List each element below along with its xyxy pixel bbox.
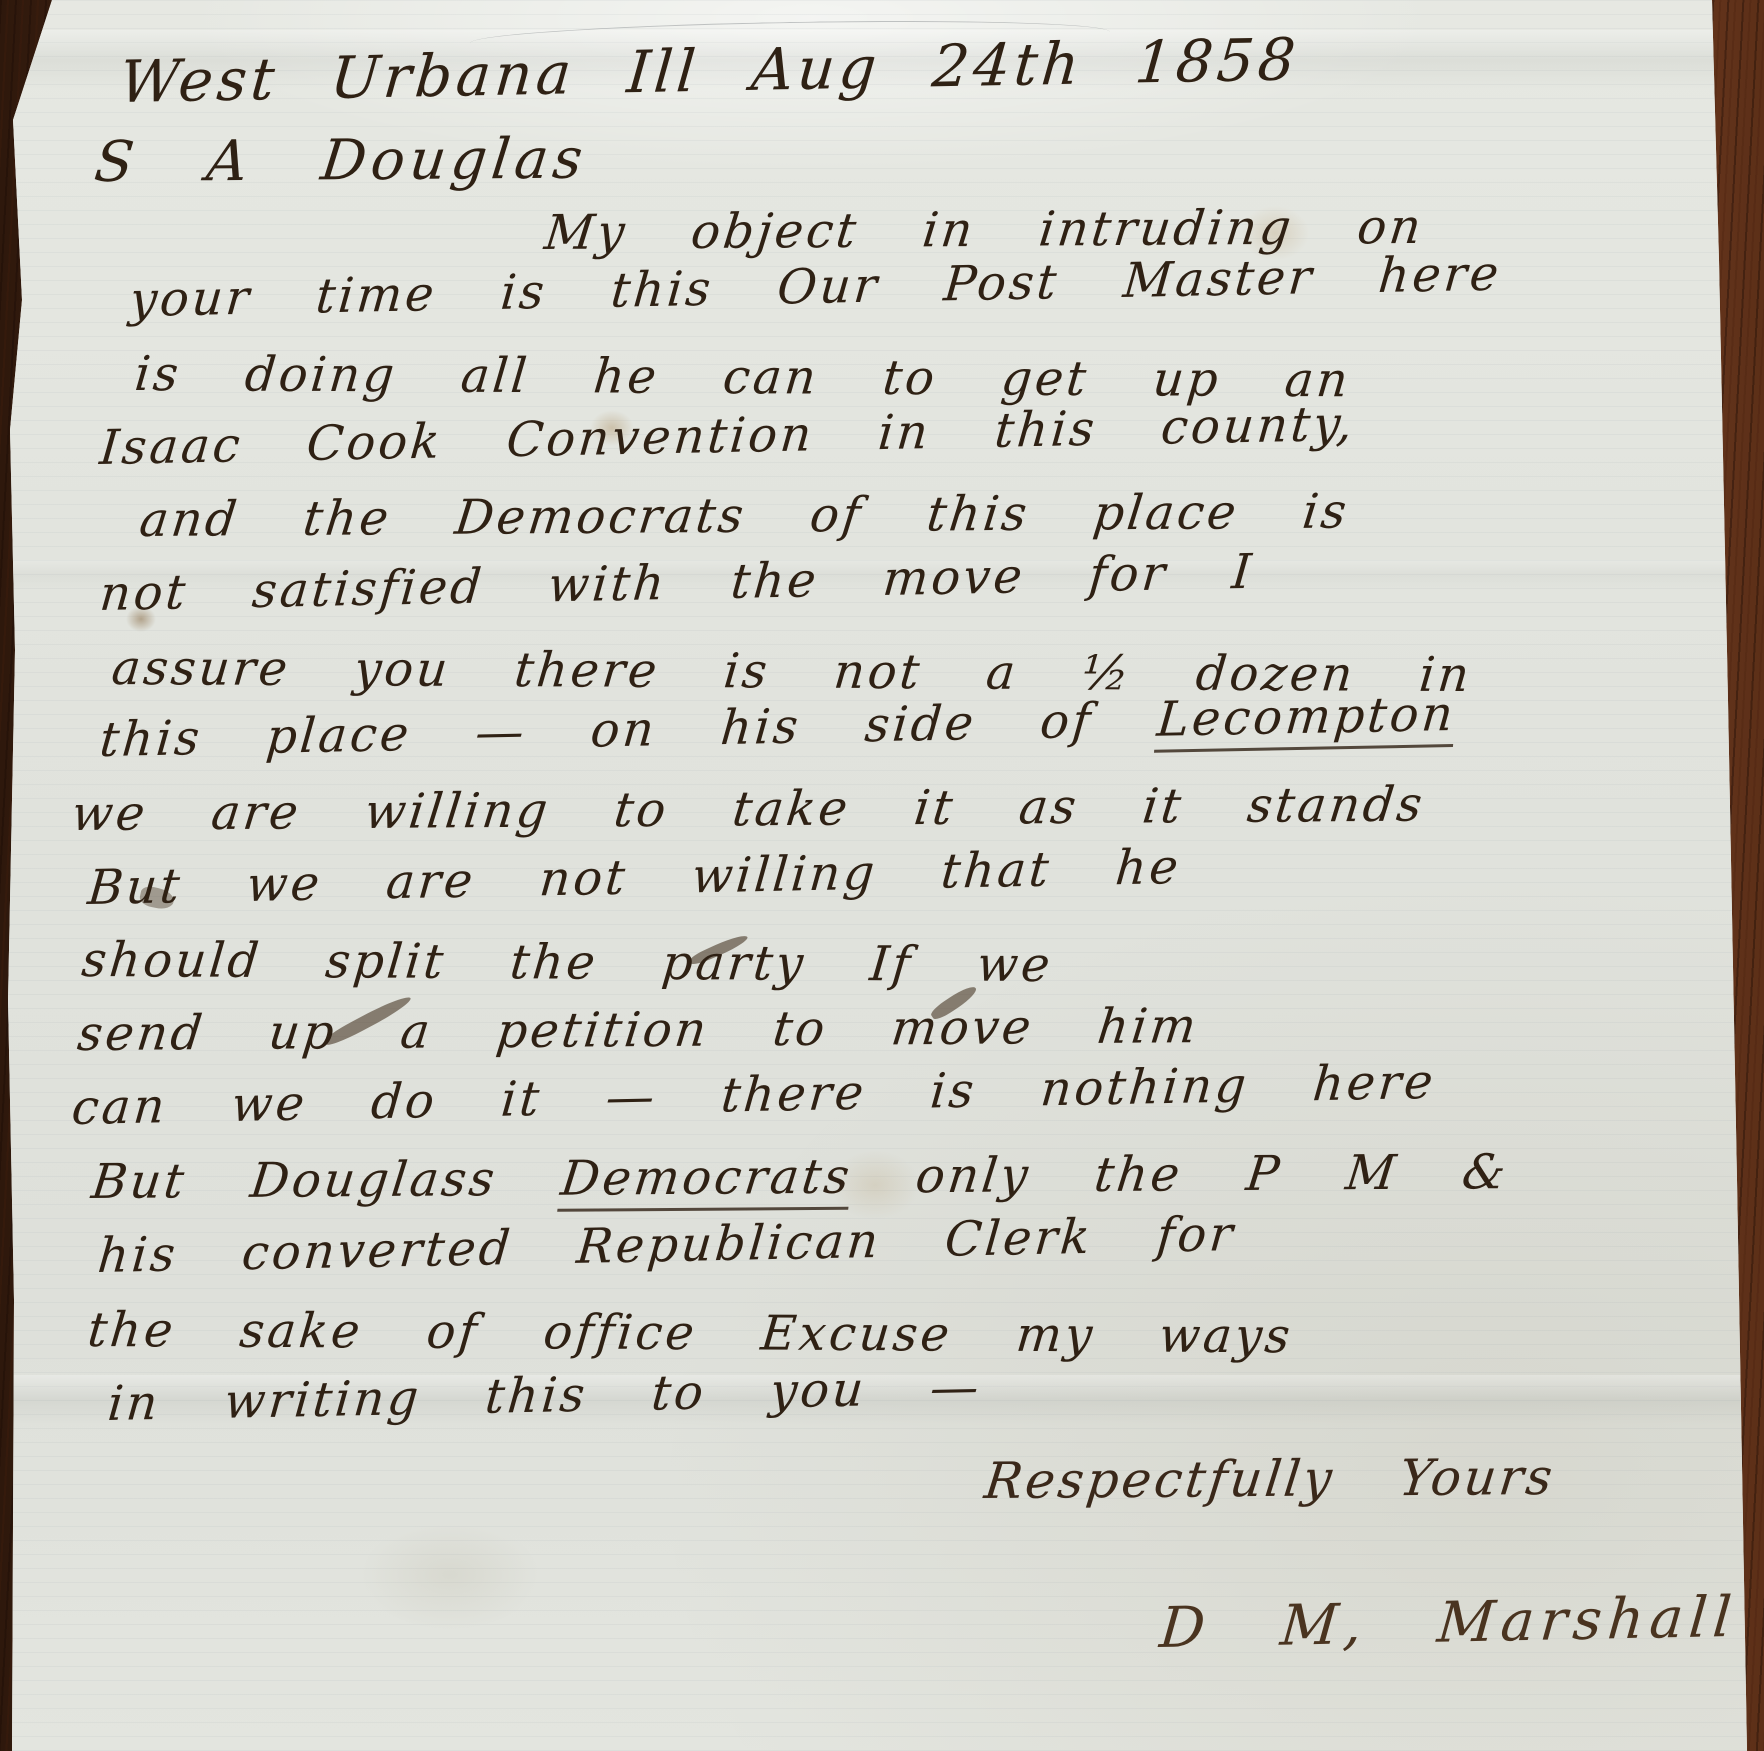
letter-paper: West Urbana Ill Aug 24th 1858 S A Dougla… bbox=[0, 0, 1764, 1751]
handwritten-line: Isaac Cook Convention in this county, bbox=[98, 396, 1358, 476]
handwritten-line: the sake of office Excuse my ways bbox=[85, 1302, 1295, 1364]
stain bbox=[360, 1520, 540, 1630]
handwritten-line: not satisfied with the move for I bbox=[98, 544, 1257, 622]
handwritten-line: we are willing to take it as it stands bbox=[69, 777, 1428, 842]
handwritten-line: can we do it — there is nothing here bbox=[70, 1054, 1438, 1136]
letter-addressee: S A Douglas bbox=[91, 127, 590, 195]
handwritten-line: and the Democrats of this place is bbox=[137, 484, 1352, 548]
handwritten-line: this place — on his side of Lecompton bbox=[98, 686, 1458, 768]
handwritten-line: in writing this to you — bbox=[106, 1359, 984, 1432]
letter-photo: { "photo": { "scene": "handwritten 1858 … bbox=[0, 0, 1764, 1751]
handwritten-line: his converted Republican Clerk for bbox=[96, 1206, 1238, 1284]
handwritten-line: should split the party If we bbox=[79, 932, 1055, 993]
handwritten-line: send up a petition to move him bbox=[75, 998, 1202, 1062]
handwritten-line: your time is this Our Post Master here bbox=[128, 246, 1504, 328]
handwritten-line: But Douglass Democrats only the P M & bbox=[89, 1144, 1512, 1210]
handwritten-line: But we are not willing that he bbox=[86, 839, 1184, 916]
letter-closing: Respectfully Yours bbox=[982, 1448, 1559, 1510]
letter-dateline: West Urbana Ill Aug 24th 1858 bbox=[117, 25, 1302, 116]
letter-signature: D M, Marshall bbox=[1157, 1585, 1740, 1661]
